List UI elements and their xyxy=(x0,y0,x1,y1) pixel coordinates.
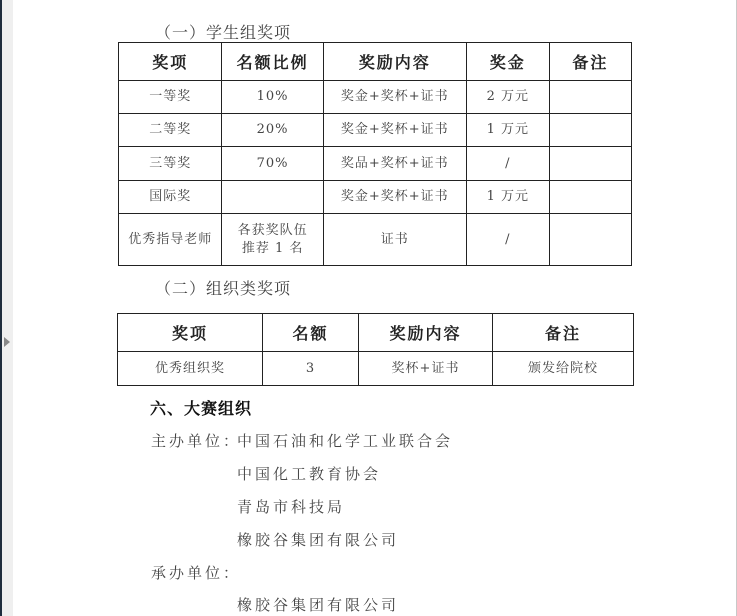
cell-ratio: 70% xyxy=(222,147,323,181)
organizer-item: 橡胶谷集团有限公司 xyxy=(237,594,399,615)
cell-award: 二等奖 xyxy=(119,114,222,147)
cell-note xyxy=(549,147,631,181)
header-award: 奖项 xyxy=(119,43,222,81)
cell-award: 三等奖 xyxy=(119,147,222,181)
header-content: 奖励内容 xyxy=(359,314,493,352)
cell-ratio: 各获奖队伍 推荐 1 名 xyxy=(222,214,323,266)
competition-organization-title: 六、大赛组织 xyxy=(150,396,252,419)
cell-ratio: 10% xyxy=(222,81,323,114)
table-header-row: 奖项 名额比例 奖励内容 奖金 备注 xyxy=(119,43,632,81)
header-content: 奖励内容 xyxy=(323,43,466,81)
header-ratio: 名额比例 xyxy=(222,43,323,81)
host-label: 主办单位： xyxy=(151,430,241,451)
cell-ratio xyxy=(222,181,323,214)
organizer-label: 承办单位： xyxy=(151,562,241,583)
expand-panel-arrow-icon[interactable] xyxy=(4,337,10,347)
org-awards-heading: （二）组织类奖项 xyxy=(155,276,291,299)
cell-prize: 1 万元 xyxy=(466,181,549,214)
cell-note xyxy=(549,181,631,214)
cell-award: 国际奖 xyxy=(119,181,222,214)
header-note: 备注 xyxy=(493,314,634,352)
cell-ratio-line1: 各获奖队伍 xyxy=(222,222,322,240)
cell-prize: / xyxy=(466,214,549,266)
host-item: 青岛市科技局 xyxy=(237,496,345,517)
cell-content: 奖金+奖杯+证书 xyxy=(323,114,466,147)
cell-ratio: 20% xyxy=(222,114,323,147)
cell-content: 奖杯+证书 xyxy=(359,352,493,386)
cell-quota: 3 xyxy=(263,352,359,386)
cell-note xyxy=(549,214,631,266)
table-row: 一等奖 10% 奖金+奖杯+证书 2 万元 xyxy=(119,81,632,114)
cell-note: 颁发给院校 xyxy=(493,352,634,386)
table-row: 二等奖 20% 奖金+奖杯+证书 1 万元 xyxy=(119,114,632,147)
header-note: 备注 xyxy=(549,43,631,81)
host-item: 橡胶谷集团有限公司 xyxy=(237,529,399,550)
cell-award: 优秀指导老师 xyxy=(119,214,222,266)
host-item: 中国化工教育协会 xyxy=(237,463,381,484)
cell-content: 奖品+奖杯+证书 xyxy=(323,147,466,181)
cell-award: 一等奖 xyxy=(119,81,222,114)
left-panel-rail xyxy=(0,0,13,616)
org-awards-table: 奖项 名额 奖励内容 备注 优秀组织奖 3 奖杯+证书 颁发给院校 xyxy=(117,313,634,386)
table-row: 优秀组织奖 3 奖杯+证书 颁发给院校 xyxy=(118,352,634,386)
header-quota: 名额 xyxy=(263,314,359,352)
window-edge xyxy=(0,0,2,616)
cell-award: 优秀组织奖 xyxy=(118,352,263,386)
table-row: 三等奖 70% 奖品+奖杯+证书 / xyxy=(119,147,632,181)
cell-content: 奖金+奖杯+证书 xyxy=(323,81,466,114)
cell-prize: 1 万元 xyxy=(466,114,549,147)
cell-note xyxy=(549,81,631,114)
header-award: 奖项 xyxy=(118,314,263,352)
cell-ratio-line2: 推荐 1 名 xyxy=(222,240,322,258)
cell-content: 奖金+奖杯+证书 xyxy=(323,181,466,214)
table-header-row: 奖项 名额 奖励内容 备注 xyxy=(118,314,634,352)
host-item: 中国石油和化学工业联合会 xyxy=(237,430,453,451)
cell-note xyxy=(549,114,631,147)
student-awards-table: 奖项 名额比例 奖励内容 奖金 备注 一等奖 10% 奖金+奖杯+证书 2 万元… xyxy=(118,42,632,266)
header-prize: 奖金 xyxy=(466,43,549,81)
table-row: 优秀指导老师 各获奖队伍 推荐 1 名 证书 / xyxy=(119,214,632,266)
table-row: 国际奖 奖金+奖杯+证书 1 万元 xyxy=(119,181,632,214)
cell-prize: 2 万元 xyxy=(466,81,549,114)
cell-prize: / xyxy=(466,147,549,181)
cell-content: 证书 xyxy=(323,214,466,266)
student-awards-heading: （一）学生组奖项 xyxy=(155,20,291,43)
